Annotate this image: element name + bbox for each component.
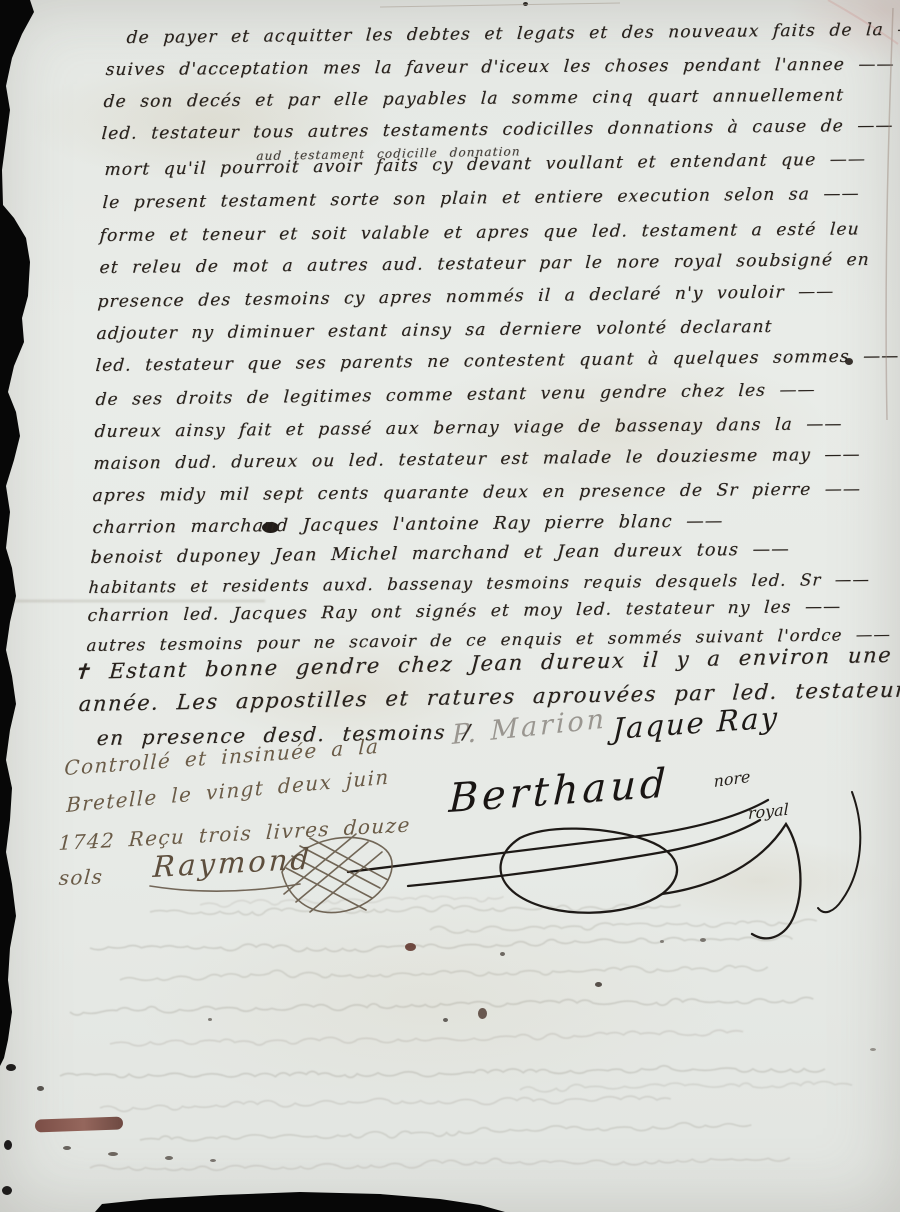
bleedthrough-ghost-line bbox=[520, 1081, 852, 1091]
manuscript-text-line: mort qu'il pourroit avoir faits cy devan… bbox=[104, 149, 867, 180]
bleedthrough-ghost-line bbox=[110, 1030, 743, 1046]
manuscript-text-line: de ses droits de legitimes comme estant … bbox=[95, 380, 816, 410]
ink-speck bbox=[165, 1156, 173, 1160]
bleedthrough-ghost-line bbox=[90, 936, 792, 952]
fold-crease bbox=[0, 600, 265, 602]
ink-speck bbox=[660, 940, 664, 943]
ink-speck bbox=[700, 938, 706, 942]
manuscript-text-line: forme et teneur et soit valable et apres… bbox=[99, 219, 860, 246]
manuscript-text-line: led. testateur tous autres testaments co… bbox=[101, 116, 894, 144]
control-note-line: sols bbox=[58, 864, 104, 890]
signature-berthaud: Berthaud bbox=[448, 760, 670, 822]
ink-speck bbox=[63, 1146, 71, 1150]
manuscript-text-line: maison dud. dureux ou led. testateur est… bbox=[93, 445, 861, 474]
ink-speck bbox=[6, 1064, 16, 1071]
signature-jaque-ray: Jaque Ray bbox=[612, 700, 780, 746]
bleedthrough-ghost-line bbox=[70, 997, 813, 1015]
signature-p-marion: P. Marion bbox=[452, 704, 607, 751]
manuscript-text-line: adjouter ny diminuer estant ainsy sa der… bbox=[96, 317, 773, 344]
ink-speck bbox=[478, 1008, 487, 1019]
bleedthrough-ghost-line bbox=[200, 896, 504, 907]
ink-speck bbox=[2, 1186, 12, 1195]
manuscript-text-line: charrion marchand Jacques l'antoine Ray … bbox=[92, 511, 724, 538]
notary-title-word: nore bbox=[713, 767, 750, 791]
ink-speck bbox=[108, 1152, 118, 1156]
manuscript-text-line: suives d'acceptation mes la faveur d'ice… bbox=[105, 54, 895, 80]
manuscript-text-line: presence des tesmoins cy apres nommés il… bbox=[97, 282, 835, 312]
manuscript-text-line: apres midy mil sept cents quarante deux … bbox=[92, 479, 862, 506]
manuscript-text-line: led. testateur que ses parents ne contes… bbox=[95, 346, 900, 376]
ink-speck bbox=[4, 1140, 12, 1150]
manuscript-text-line: de payer et acquitter les debtes et lega… bbox=[126, 20, 900, 48]
manuscript-text-line: de son decés et par elle payables la som… bbox=[103, 86, 845, 112]
ink-speck bbox=[500, 952, 505, 956]
ink-speck bbox=[443, 1018, 448, 1022]
bleedthrough-ghost-line bbox=[430, 919, 817, 933]
manuscript-text-line: dureux ainsy fait et passé aux bernay vi… bbox=[94, 414, 843, 442]
bleedthrough-ghost-line bbox=[140, 1123, 751, 1141]
ink-speck bbox=[595, 982, 602, 987]
ink-speck bbox=[208, 1018, 212, 1021]
ink-speck bbox=[405, 943, 416, 951]
ink-speck bbox=[870, 1048, 876, 1051]
manuscript-scan-page: de payer et acquitter les debtes et lega… bbox=[0, 0, 900, 1212]
bleedthrough-ghost-line bbox=[150, 904, 681, 915]
ink-speck bbox=[523, 2, 528, 6]
bleedthrough-ghost-line bbox=[100, 1096, 671, 1111]
ink-smear bbox=[35, 1116, 123, 1132]
notary-title-word: royal bbox=[748, 800, 789, 823]
signature-raymond: Raymond bbox=[152, 842, 313, 884]
manuscript-text-line: benoist duponey Jean Michel marchand et … bbox=[90, 539, 790, 568]
torn-edge-left bbox=[0, 0, 34, 1066]
paper-edge-top bbox=[380, 3, 620, 7]
manuscript-text-line: et releu de mot a autres aud. testateur … bbox=[99, 250, 870, 278]
bleedthrough-ghost-line bbox=[120, 966, 768, 981]
ink-speck bbox=[37, 1086, 44, 1091]
manuscript-text-line: le present testament sorte son plain et … bbox=[102, 184, 860, 213]
manuscript-text-line: habitants et residents auxd. bassenay te… bbox=[88, 570, 871, 597]
bleedthrough-ghost-line bbox=[60, 1066, 825, 1078]
ink-speck bbox=[210, 1159, 216, 1162]
bleedthrough-ghost-line bbox=[90, 1158, 790, 1171]
scan-edge-bottom bbox=[95, 1192, 505, 1212]
